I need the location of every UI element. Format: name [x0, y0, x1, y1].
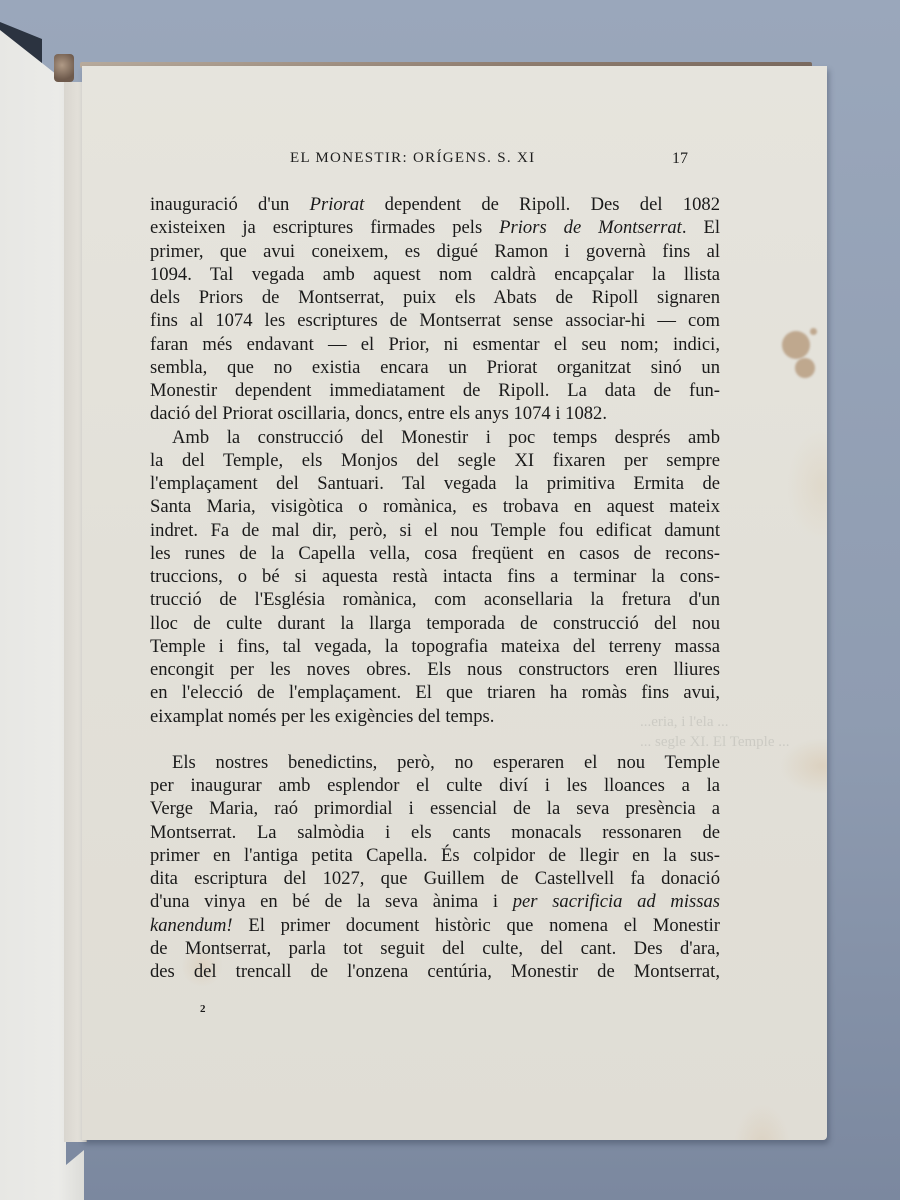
text-line: sembla, que no existia encara un Priorat… [150, 356, 720, 379]
text-line: kanendum! El primer document històric qu… [150, 914, 720, 937]
paragraph: Amb la construcció del Monestir i poc te… [150, 426, 720, 728]
text-line: Santa Maria, visigòtica o romànica, es t… [150, 495, 720, 518]
text-line: lloc de culte durant la llarga temporada… [150, 612, 720, 635]
text-line: primer en l'antiga petita Capella. És co… [150, 844, 720, 867]
italic-text: Priors de Montserrat [499, 217, 682, 238]
text-line: inauguració d'un Priorat dependent de Ri… [150, 193, 720, 216]
text-line: truccions, o bé si aquesta restà intacta… [150, 565, 720, 588]
book-headband [54, 54, 74, 82]
text-line: Verge Maria, raó primordial i essencial … [150, 797, 720, 820]
paragraph: inauguració d'un Priorat dependent de Ri… [150, 193, 720, 426]
foxing-stain [810, 328, 817, 335]
text-line: dels Priors de Montserrat, puix els Abat… [150, 286, 720, 309]
italic-text: Priorat [310, 194, 365, 215]
running-head: EL MONESTIR: ORÍGENS. S. XI [290, 150, 690, 167]
page-number: 17 [672, 150, 688, 168]
text-line: existeixen ja escriptures firmades pels … [150, 216, 720, 239]
paragraph: Els nostres benedictins, però, no espera… [150, 751, 720, 984]
paragraph-gap [150, 728, 720, 751]
text-line: dita escriptura del 1027, que Guillem de… [150, 867, 720, 890]
text-line: per inaugurar amb esplendor el culte div… [150, 774, 720, 797]
text-line: Amb la construcció del Monestir i poc te… [150, 426, 720, 449]
text-line: 1094. Tal vegada amb aquest nom caldrà e… [150, 263, 720, 286]
text-line: en l'elecció de l'emplaçament. El que tr… [150, 681, 720, 704]
text-line: d'una vinya en bé de la seva ànima i per… [150, 890, 720, 913]
italic-text: per sacrificia ad missas [513, 891, 720, 912]
text-line: dació del Priorat oscillaria, doncs, ent… [150, 402, 720, 425]
text-line: Els nostres benedictins, però, no espera… [150, 751, 720, 774]
text-line: l'emplaçament del Santuari. Tal vegada l… [150, 472, 720, 495]
text-line: indret. Fa de mal dir, però, si el nou T… [150, 519, 720, 542]
text-line: faran més endavant — el Prior, ni esment… [150, 333, 720, 356]
text-line: des del trencall de l'onzena centúria, M… [150, 960, 720, 983]
text-line: les runes de la Capella vella, cosa freq… [150, 542, 720, 565]
text-line: encongit per les noves obres. Els nous c… [150, 658, 720, 681]
body-text: inauguració d'un Priorat dependent de Ri… [150, 193, 720, 983]
foxing-stain [782, 331, 810, 359]
text-line: trucció de l'Església romànica, com acon… [150, 588, 720, 611]
text-line: eixamplat només per les exigències del t… [150, 705, 720, 728]
italic-text: kanendum! [150, 915, 233, 936]
text-line: la del Temple, els Monjos del segle XI f… [150, 449, 720, 472]
foxing-stain [795, 358, 815, 378]
signature-mark: 2 [200, 1003, 206, 1015]
text-line: Montserrat. La salmòdia i els cants mona… [150, 821, 720, 844]
text-line: primer, que avui coneixem, es digué Ramo… [150, 240, 720, 263]
text-line: Monestir dependent immediatament de Ripo… [150, 379, 720, 402]
text-line: Temple i fins, tal vegada, la topografia… [150, 635, 720, 658]
text-line: de Montserrat, parla tot seguit del cult… [150, 937, 720, 960]
text-line: fins al 1074 les escriptures de Montserr… [150, 309, 720, 332]
